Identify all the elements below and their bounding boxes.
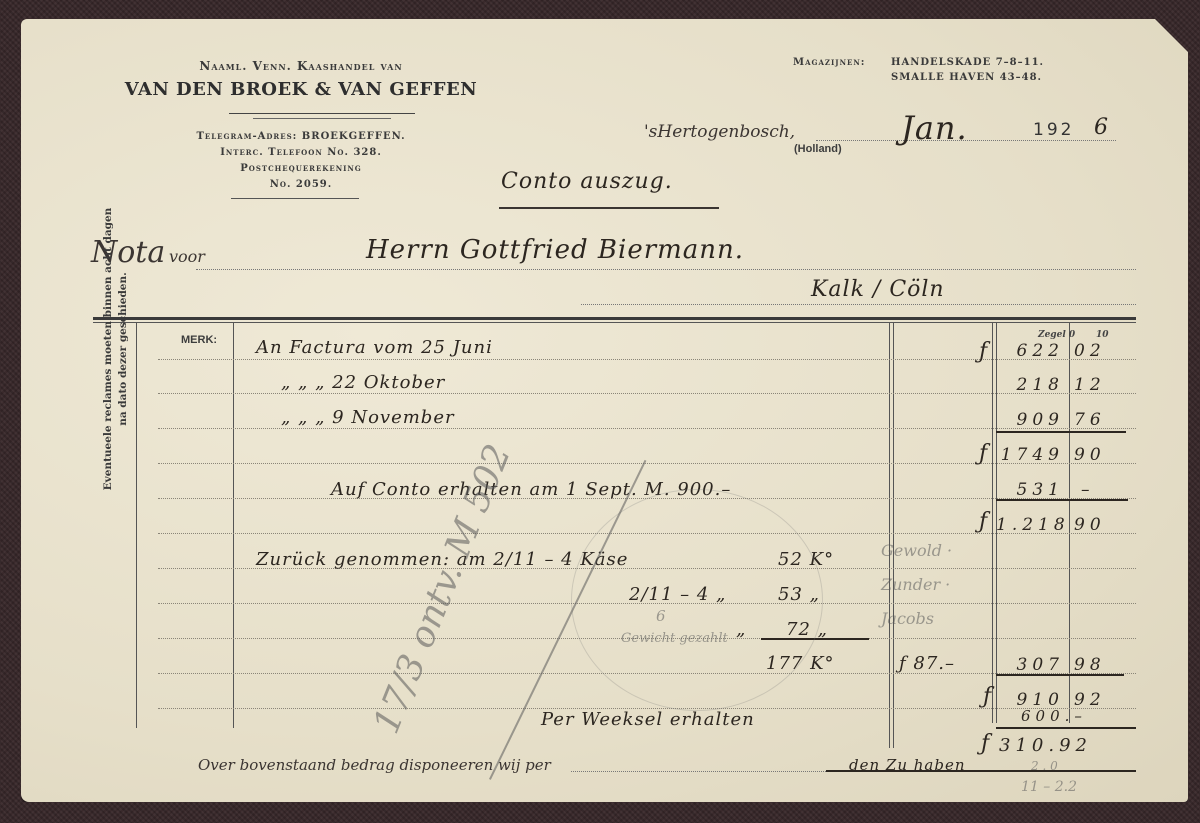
warehouse-address-1: HANDELSKADE 7–8–11. xyxy=(891,57,1044,68)
florin-sign: ƒ xyxy=(979,509,992,534)
zegel-header: Zegel 0 xyxy=(1038,330,1075,340)
company-name: VAN DEN BROEK & VAN GEFFEN xyxy=(81,79,521,100)
date-year-handwritten: 6 xyxy=(1094,115,1109,140)
recipient-name: Herrn Gottfried Biermann. xyxy=(366,235,744,265)
warehouse-address-2: SMALLE HAVEN 43–48. xyxy=(891,72,1042,83)
claims-notice-line-1: Eventueele reclames moeten binnen acht d… xyxy=(101,159,116,539)
table-top-rule xyxy=(93,322,1136,323)
voor-label: voor xyxy=(169,247,205,266)
amount-cents: 12 xyxy=(1074,375,1106,395)
date-month: Jan. xyxy=(901,109,968,147)
amount-guilders: 909 xyxy=(996,410,1064,430)
header-rule xyxy=(253,118,391,119)
merk-header: MERK: xyxy=(181,334,217,346)
country: (Holland) xyxy=(794,143,842,155)
column-divider xyxy=(136,323,137,728)
recipient-place: Kalk / Cöln xyxy=(811,277,945,302)
balance-rule xyxy=(826,770,1136,772)
florin-sign: ƒ xyxy=(979,339,992,364)
florin-sign: ƒ xyxy=(983,684,996,709)
claims-notice: Eventueele reclames moeten binnen acht d… xyxy=(101,159,131,539)
amount-guilders: 1.218 xyxy=(996,515,1064,535)
telephone: Interc. Telefoon No. 328. xyxy=(81,147,521,158)
florin-sign: ƒ xyxy=(981,731,994,756)
sum-rule xyxy=(996,674,1124,676)
title-underline xyxy=(499,207,719,209)
city: 'sHertogenbosch, xyxy=(644,122,795,142)
row-line xyxy=(158,393,1136,394)
date-year-printed: 192 xyxy=(1033,120,1074,140)
pencil-side-names: Gewold · Zunder · Jacobs xyxy=(881,534,961,636)
company-prefix: Naaml. Venn. Kaashandel van xyxy=(91,59,511,73)
sum-rule xyxy=(996,727,1136,729)
pencil-below-balance-2: 11 – 2.2 xyxy=(1021,779,1077,795)
amount-guilders: 1749 xyxy=(996,445,1064,465)
amount-cents: – xyxy=(1081,480,1095,500)
header-rule xyxy=(231,198,359,199)
entry-description: „ „ „ 9 November xyxy=(281,407,455,428)
amount-cents: 02 xyxy=(1074,341,1106,361)
postcheque-label: Postchequerekening xyxy=(81,163,521,174)
row-line xyxy=(158,428,1136,429)
column-divider xyxy=(233,323,234,728)
pencil-stamp-text: Gewicht gezahlt xyxy=(621,631,728,646)
balance-amount: 310.92 xyxy=(999,735,1092,756)
footer-dotted-line xyxy=(571,771,846,772)
deduction-cents: 98 xyxy=(1074,655,1106,675)
florin-sign: ƒ xyxy=(979,441,992,466)
invoice-document: Naaml. Venn. Kaashandel van VAN DEN BROE… xyxy=(21,19,1188,802)
header-rule xyxy=(229,113,415,114)
faded-stamp xyxy=(571,489,823,711)
returns-value: ƒ 87.– xyxy=(899,653,955,674)
telegram-address: Telegram-Adres: BROEKGEFFEN. xyxy=(81,131,521,142)
recipient-dotted-line xyxy=(196,269,1136,270)
amount-cents: 90 xyxy=(1074,445,1106,465)
amount-cents: 76 xyxy=(1074,410,1106,430)
document-title: Conto auszug. xyxy=(501,169,673,194)
entry-description: „ „ „ 22 Oktober xyxy=(281,372,445,393)
amount-cents: 90 xyxy=(1074,515,1106,535)
warehouses-label: Magazijnen: xyxy=(793,57,865,68)
weeksel-description: Per Weeksel erhalten xyxy=(541,709,755,730)
sum-rule xyxy=(996,431,1126,433)
place-dotted-line xyxy=(581,304,1136,305)
postcheque-number: No. 2059. xyxy=(81,179,521,190)
entry-description: An Factura vom 25 Juni xyxy=(256,337,493,358)
cents-header: 10 xyxy=(1096,330,1109,340)
table-top-rule xyxy=(93,317,1136,320)
weeksel-amount: 600.– xyxy=(1021,707,1087,725)
amount-guilders: 531 xyxy=(996,480,1064,500)
amount-guilders: 622 xyxy=(996,341,1064,361)
claims-notice-line-2: na dato dezer geschieden. xyxy=(116,159,131,539)
sum-rule xyxy=(996,499,1128,501)
pencil-below-balance-1: 2 . 0 xyxy=(1031,759,1058,773)
amount-guilders: 218 xyxy=(996,375,1064,395)
deduction-guilders: 307 xyxy=(996,655,1064,675)
pencil-small-6: 6 xyxy=(656,607,666,625)
